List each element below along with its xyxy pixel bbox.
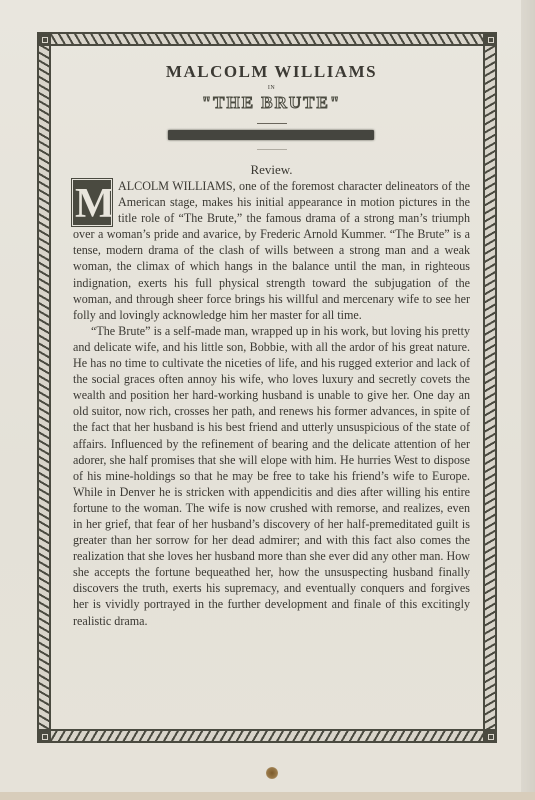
redacted-text-bar xyxy=(168,130,374,140)
corner-ornament-icon xyxy=(37,32,51,46)
in-label: IN xyxy=(73,85,470,92)
corner-ornament-icon xyxy=(483,32,497,46)
corner-ornament-icon xyxy=(37,729,51,743)
ornamental-frame: MALCOLM WILLIAMS IN "THE BRUTE" Review. … xyxy=(37,32,497,743)
divider-rule xyxy=(257,149,287,150)
frame-border-right xyxy=(483,32,497,743)
page: MALCOLM WILLIAMS IN "THE BRUTE" Review. … xyxy=(0,0,535,800)
review-body: MALCOLM WILLIAMS, one of the foremost ch… xyxy=(73,178,470,629)
document-content: MALCOLM WILLIAMS IN "THE BRUTE" Review. … xyxy=(73,62,470,629)
review-heading: Review. xyxy=(73,163,470,177)
film-title: "THE BRUTE" xyxy=(73,93,470,113)
actor-title: MALCOLM WILLIAMS xyxy=(73,62,470,82)
drop-cap: M xyxy=(73,180,111,225)
frame-border-top xyxy=(37,32,497,46)
paper-stain xyxy=(266,767,278,779)
frame-border-left xyxy=(37,32,51,743)
frame-border-bottom xyxy=(37,729,497,743)
review-paragraph-2: “The Brute” is a self-made man, wrapped … xyxy=(73,323,470,629)
page-bottom-edge xyxy=(0,792,535,800)
page-edge xyxy=(521,0,535,800)
paragraph-1-text: ALCOLM WILLIAMS, one of the foremost cha… xyxy=(73,179,470,322)
divider-rule xyxy=(257,123,287,124)
review-paragraph-1: MALCOLM WILLIAMS, one of the foremost ch… xyxy=(73,178,470,323)
corner-ornament-icon xyxy=(483,729,497,743)
